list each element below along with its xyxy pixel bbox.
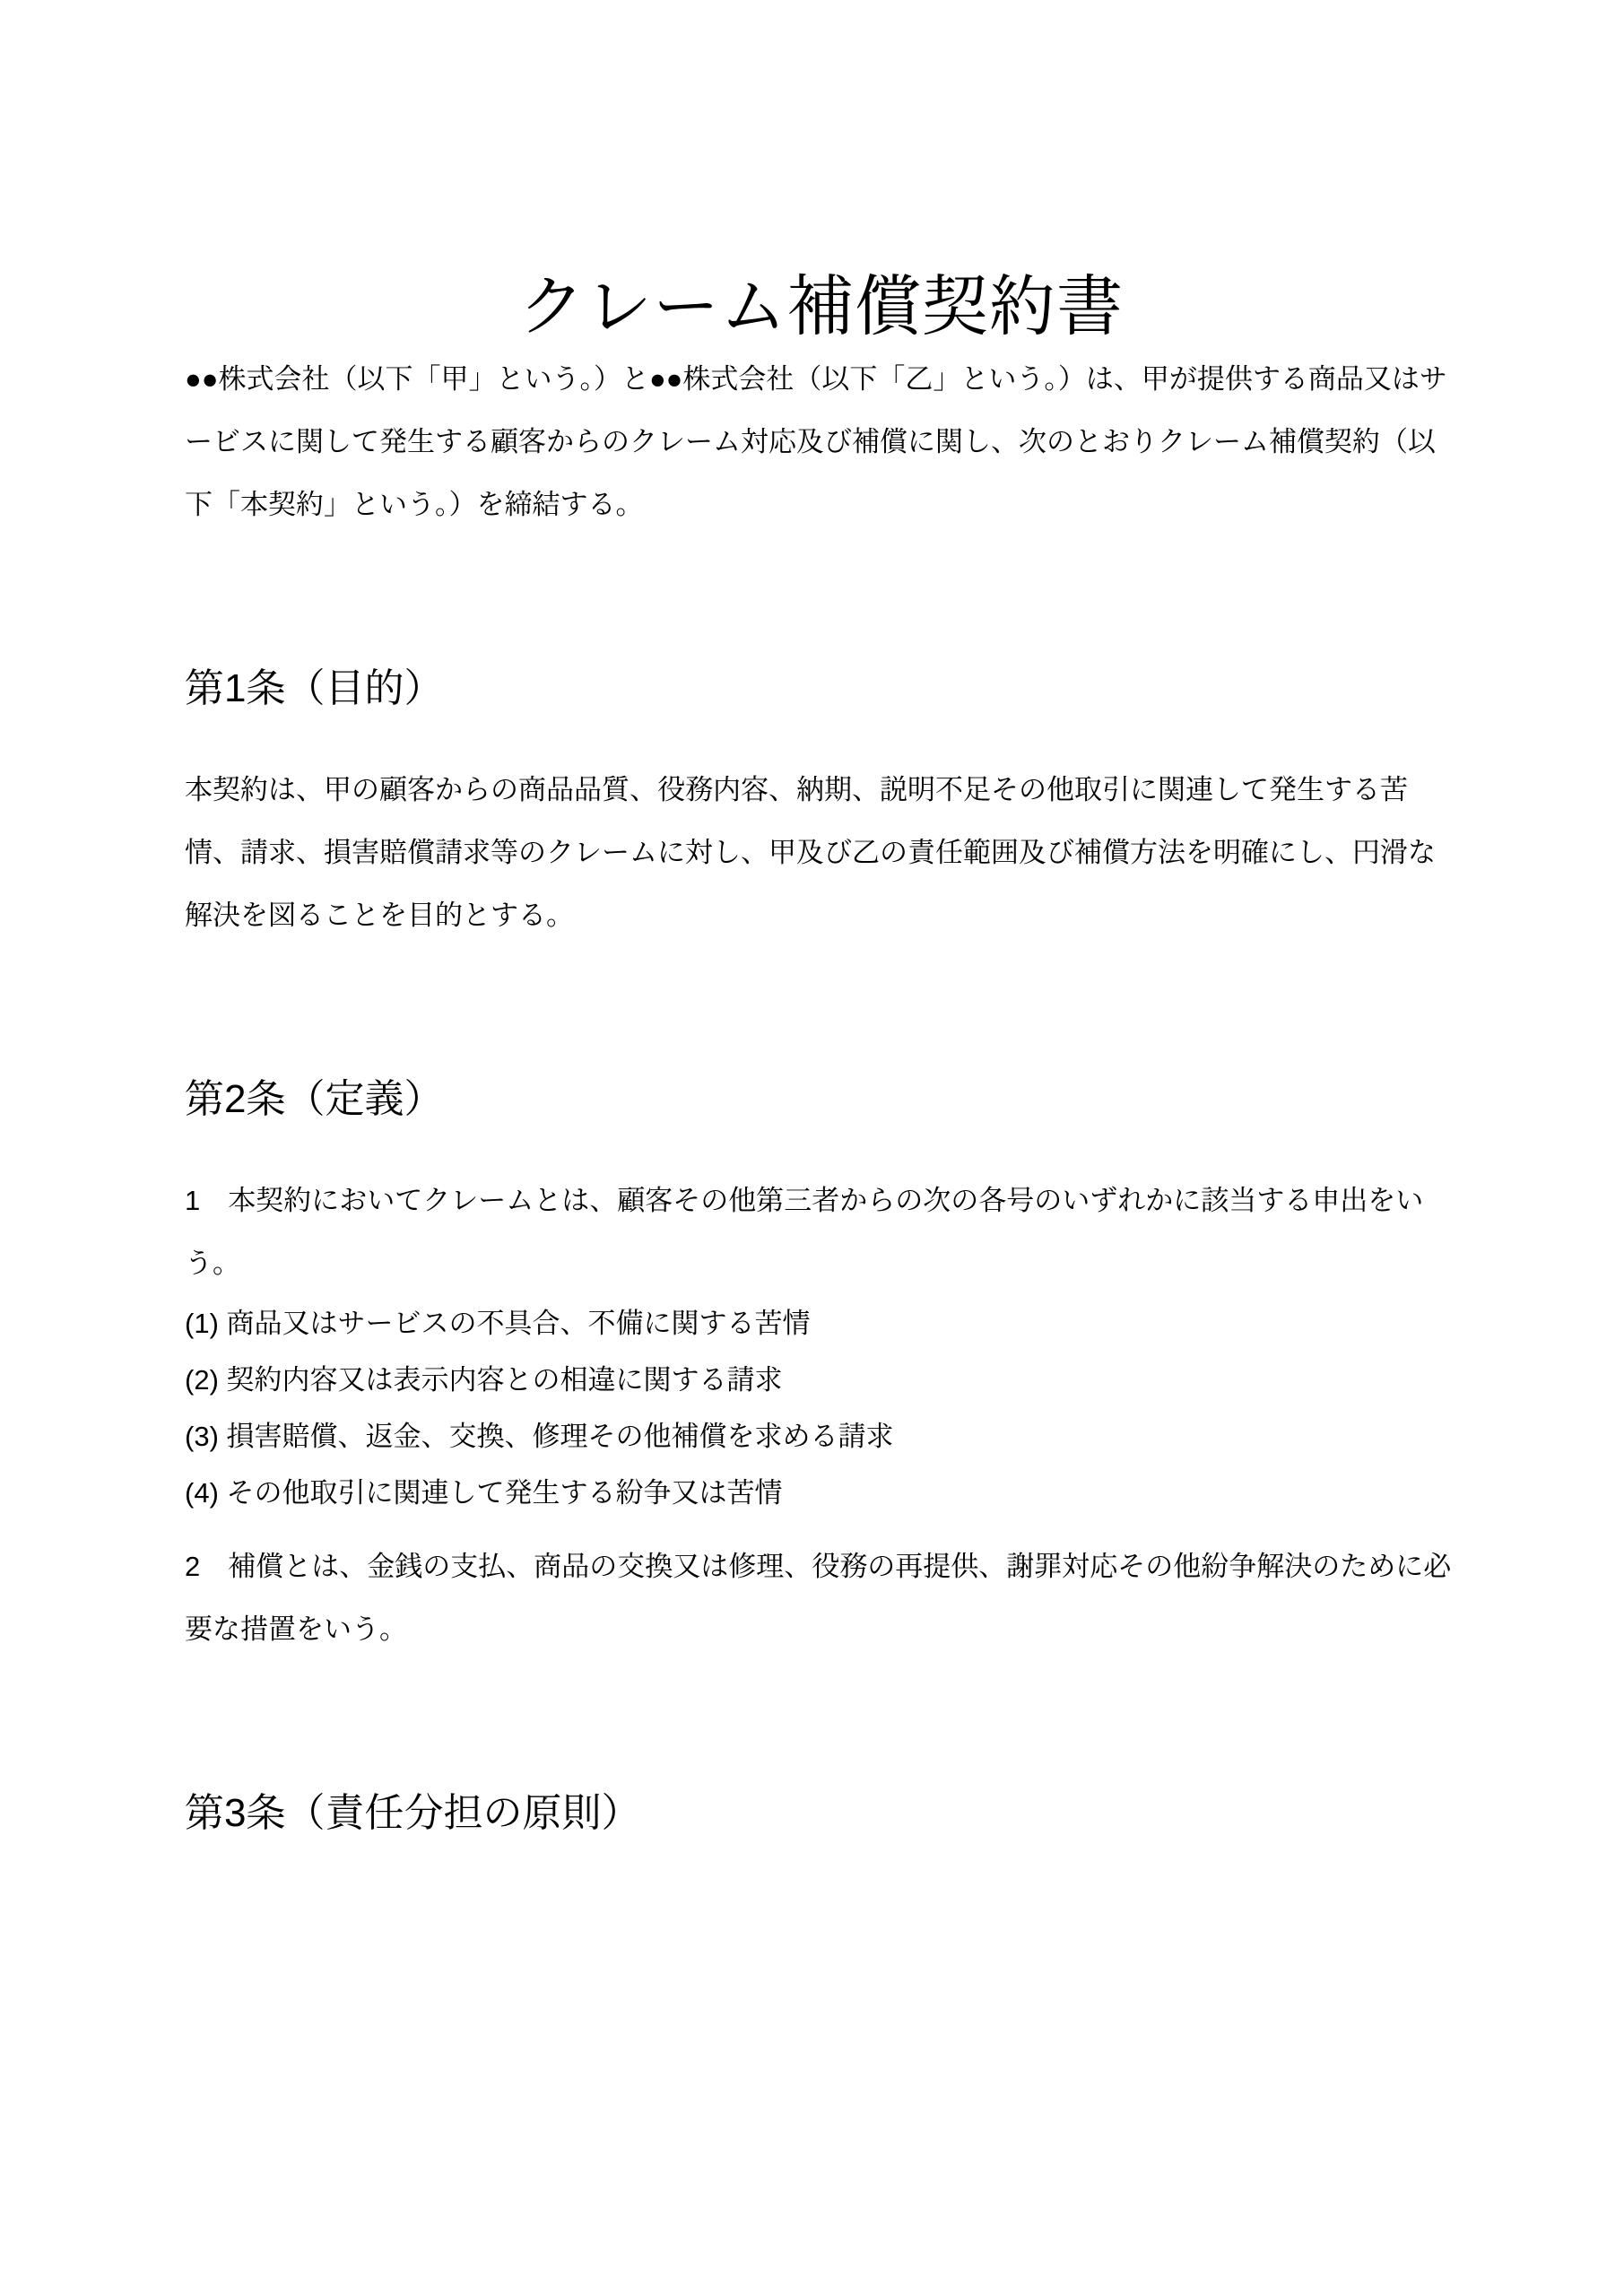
definitions-list-item-2: (2) 契約内容又は表示内容との相違に関する請求: [185, 1352, 1457, 1408]
definitions-list-item-3: (3) 損害賠償、返金、交換、修理その他補償を求める請求: [185, 1408, 1457, 1465]
definitions-list: (1) 商品又はサービスの不具合、不備に関する苦情 (2) 契約内容又は表示内容…: [185, 1295, 1457, 1521]
document-page: クレーム補償契約書 ●●株式会社（以下「甲」という。）と●●株式会社（以下「乙」…: [0, 0, 1624, 2296]
section-1-body: 本契約は、甲の顧客からの商品品質、役務内容、納期、説明不足その他取引に関連して発…: [185, 759, 1457, 947]
section-2-clause-2: 2 補償とは、金銭の支払、商品の交換又は修理、役務の再提供、謝罪対応その他紛争解…: [185, 1535, 1457, 1661]
intro-paragraph: ●●株式会社（以下「甲」という。）と●●株式会社（以下「乙」という。）は、甲が提…: [185, 348, 1457, 536]
section-1-heading: 第1条（目的）: [185, 662, 1457, 716]
definitions-list-item-4: (4) その他取引に関連して発生する紛争又は苦情: [185, 1465, 1457, 1521]
definitions-list-item-1: (1) 商品又はサービスの不具合、不備に関する苦情: [185, 1295, 1457, 1352]
section-3-heading: 第3条（責任分担の原則）: [185, 1787, 1457, 1840]
section-2-heading: 第2条（定義）: [185, 1073, 1457, 1126]
section-2-clause-1: 1 本契約においてクレームとは、顧客その他第三者からの次の各号のいずれかに該当す…: [185, 1170, 1457, 1295]
document-title: クレーム補償契約書: [185, 265, 1457, 348]
